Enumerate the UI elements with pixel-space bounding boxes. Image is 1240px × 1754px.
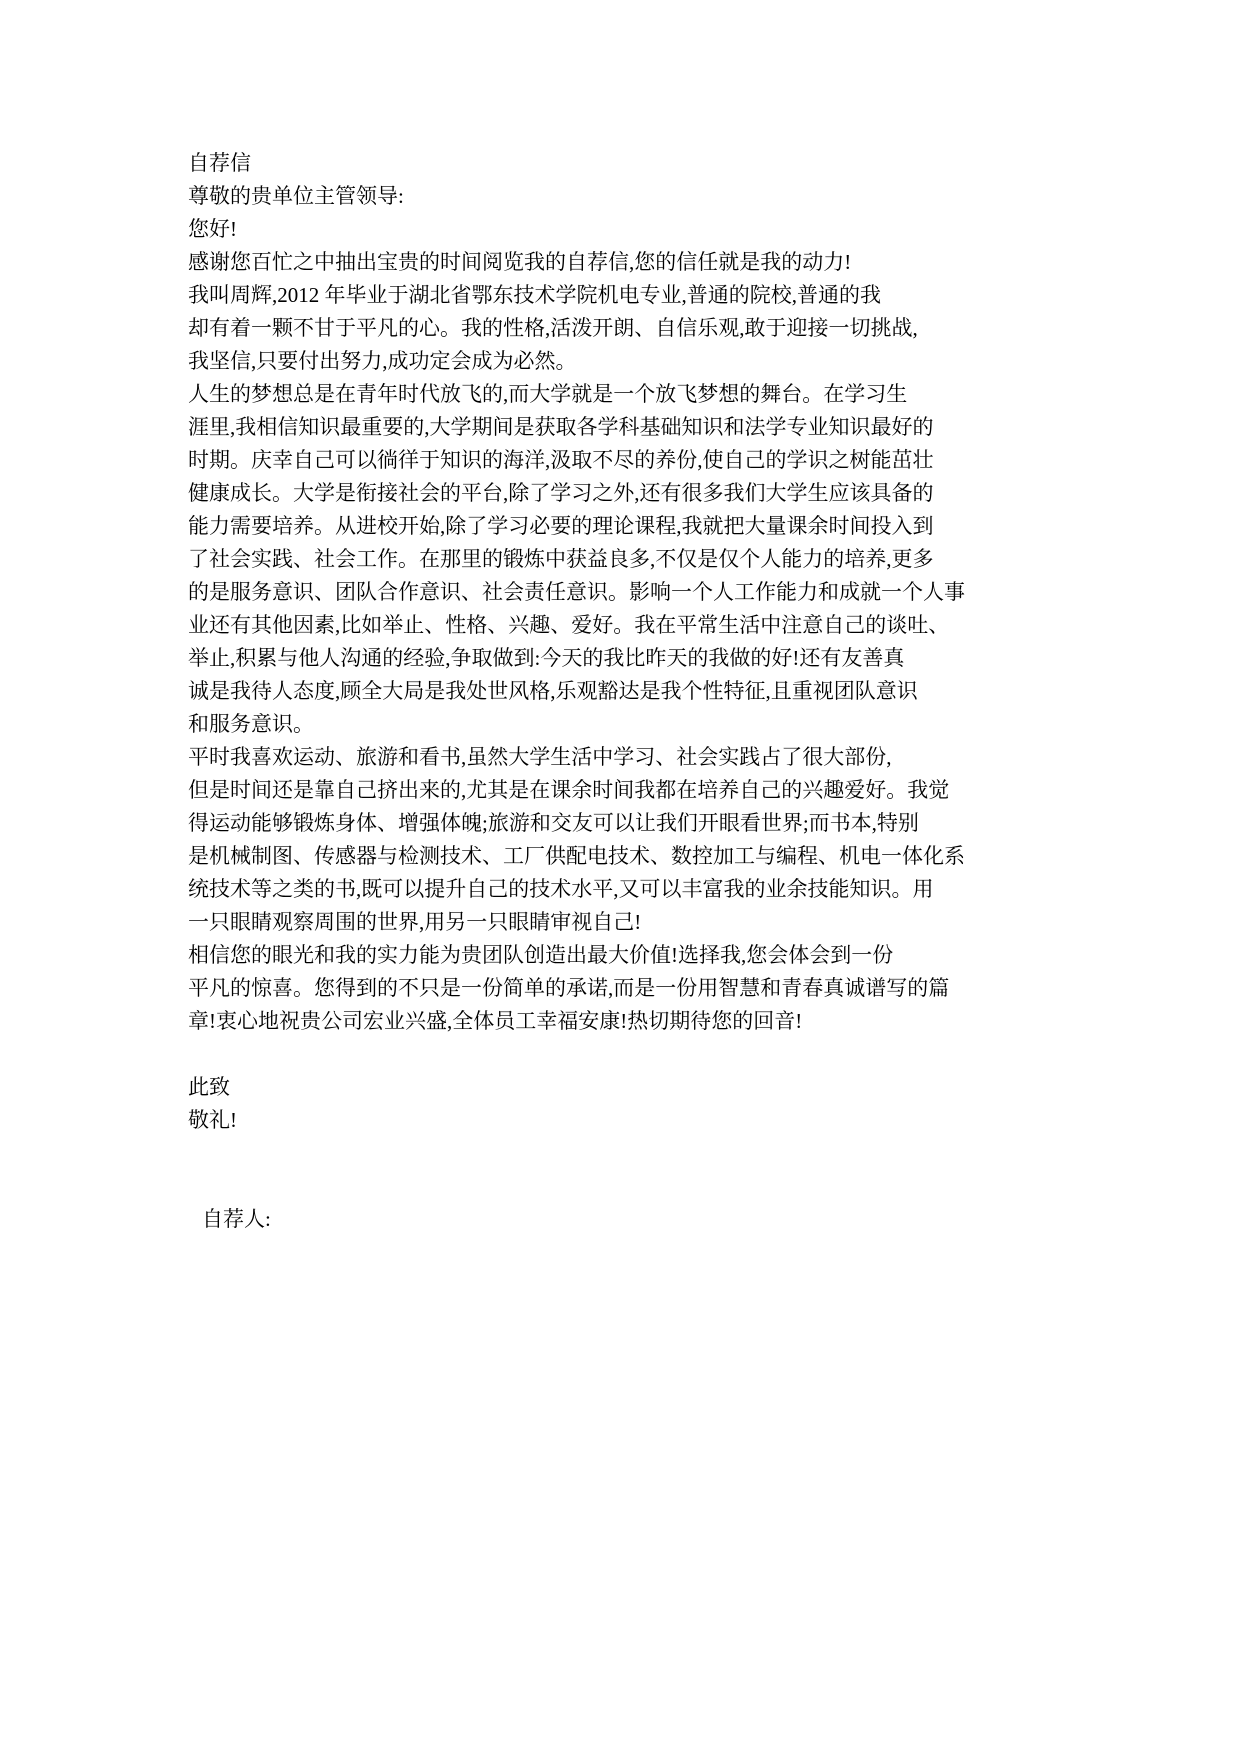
letter-line: 举止,积累与他人沟通的经验,争取做到:今天的我比昨天的我做的好!还有友善真 bbox=[188, 642, 1010, 675]
letter-body: 自荐信尊敬的贵单位主管领导:您好!感谢您百忙之中抽出宝贵的时间阅览我的自荐信,您… bbox=[188, 147, 1010, 1236]
letter-line: 的是服务意识、团队合作意识、社会责任意识。影响一个人工作能力和成就一个人事 bbox=[188, 576, 1010, 609]
letter-line: 却有着一颗不甘于平凡的心。我的性格,活泼开朗、自信乐观,敢于迎接一切挑战, bbox=[188, 312, 1010, 345]
letter-line: 您好! bbox=[188, 213, 1010, 246]
letter-line: 尊敬的贵单位主管领导: bbox=[188, 180, 1010, 213]
signature-label: 自荐人: bbox=[202, 1203, 1010, 1236]
letter-title: 自荐信 bbox=[188, 147, 1010, 180]
letter-line: 感谢您百忙之中抽出宝贵的时间阅览我的自荐信,您的信任就是我的动力! bbox=[188, 246, 1010, 279]
letter-line: 业还有其他因素,比如举止、性格、兴趣、爱好。我在平常生活中注意自己的谈吐、 bbox=[188, 609, 1010, 642]
letter-line: 平凡的惊喜。您得到的不只是一份简单的承诺,而是一份用智慧和青春真诚谱写的篇 bbox=[188, 972, 1010, 1005]
letter-line: 和服务意识。 bbox=[188, 708, 1010, 741]
letter-line: 时期。庆幸自己可以徜徉于知识的海洋,汲取不尽的养份,使自己的学识之树能茁壮 bbox=[188, 444, 1010, 477]
letter-line: 涯里,我相信知识最重要的,大学期间是获取各学科基础知识和法学专业知识最好的 bbox=[188, 411, 1010, 444]
letter-line: 我坚信,只要付出努力,成功定会成为必然。 bbox=[188, 345, 1010, 378]
letter-line: 是机械制图、传感器与检测技术、工厂供配电技术、数控加工与编程、机电一体化系 bbox=[188, 840, 1010, 873]
letter-line: 我叫周辉,2012 年毕业于湖北省鄂东技术学院机电专业,普通的院校,普通的我 bbox=[188, 279, 1010, 312]
letter-line: 敬礼! bbox=[188, 1104, 1010, 1137]
letter-line: 统技术等之类的书,既可以提升自己的技术水平,又可以丰富我的业余技能知识。用 bbox=[188, 873, 1010, 906]
letter-line: 一只眼睛观察周围的世界,用另一只眼睛审视自己! bbox=[188, 906, 1010, 939]
letter-line: 诚是我待人态度,顾全大局是我处世风格,乐观豁达是我个性特征,且重视团队意识 bbox=[188, 675, 1010, 708]
letter-line: 平时我喜欢运动、旅游和看书,虽然大学生活中学习、社会实践占了很大部份, bbox=[188, 741, 1010, 774]
document-page: 自荐信尊敬的贵单位主管领导:您好!感谢您百忙之中抽出宝贵的时间阅览我的自荐信,您… bbox=[0, 0, 1240, 1754]
letter-line: 健康成长。大学是衔接社会的平台,除了学习之外,还有很多我们大学生应该具备的 bbox=[188, 477, 1010, 510]
letter-line: 此致 bbox=[188, 1071, 1010, 1104]
letter-line: 相信您的眼光和我的实力能为贵团队创造出最大价值!选择我,您会体会到一份 bbox=[188, 939, 1010, 972]
blank-line bbox=[188, 1170, 1010, 1203]
letter-line: 人生的梦想总是在青年时代放飞的,而大学就是一个放飞梦想的舞台。在学习生 bbox=[188, 378, 1010, 411]
blank-line bbox=[188, 1038, 1010, 1071]
blank-line bbox=[188, 1137, 1010, 1170]
letter-line: 章!衷心地祝贵公司宏业兴盛,全体员工幸福安康!热切期待您的回音! bbox=[188, 1005, 1010, 1038]
letter-line: 了社会实践、社会工作。在那里的锻炼中获益良多,不仅是仅个人能力的培养,更多 bbox=[188, 543, 1010, 576]
letter-line: 得运动能够锻炼身体、增强体魄;旅游和交友可以让我们开眼看世界;而书本,特别 bbox=[188, 807, 1010, 840]
letter-line: 能力需要培养。从进校开始,除了学习必要的理论课程,我就把大量课余时间投入到 bbox=[188, 510, 1010, 543]
letter-line: 但是时间还是靠自己挤出来的,尤其是在课余时间我都在培养自己的兴趣爱好。我觉 bbox=[188, 774, 1010, 807]
